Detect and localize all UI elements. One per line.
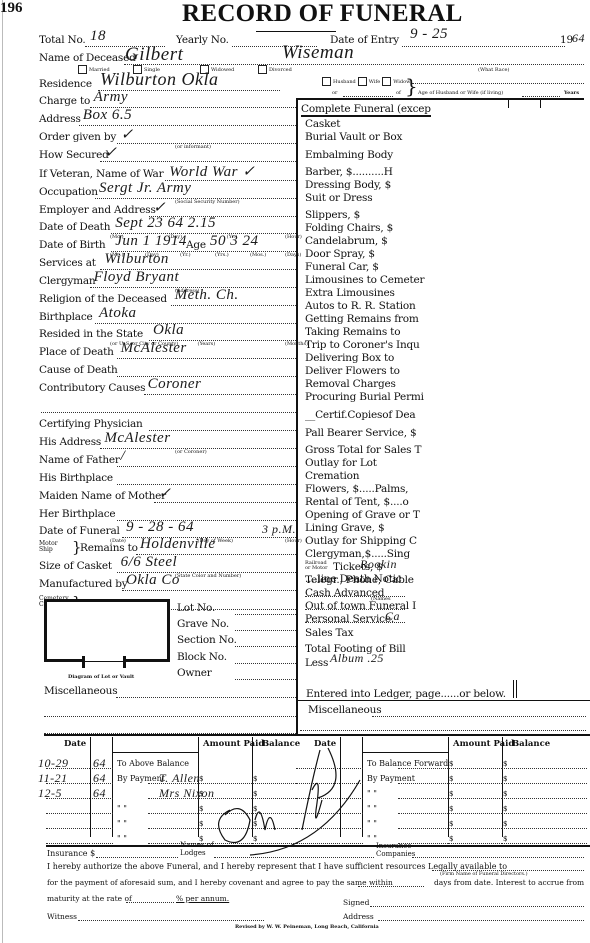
- charge-item: Dressing Body, $: [305, 179, 391, 191]
- lot-field-input[interactable]: [235, 679, 296, 680]
- field-value[interactable]: Meth. Ch.: [175, 287, 239, 304]
- balance-cell[interactable]: [502, 768, 587, 769]
- dotted-line: [92, 843, 113, 844]
- field-label: How Secured: [39, 149, 109, 161]
- residence-value[interactable]: Wilburton Okla: [100, 69, 219, 90]
- date-of-entry-value[interactable]: 9 - 25: [410, 26, 448, 43]
- balance-cell[interactable]: [502, 843, 587, 844]
- field-sublabel: (Yrs.): [215, 252, 229, 258]
- dotted-line: [370, 906, 584, 907]
- field-value[interactable]: 9 - 28 - 64: [126, 519, 194, 536]
- dotted-line: [372, 716, 586, 717]
- dollar-sign: $: [449, 775, 453, 783]
- dollar-sign: $: [503, 790, 507, 798]
- field-label: Date of Death: [39, 221, 110, 233]
- dotted-line: [305, 609, 405, 610]
- dotted-line: [412, 857, 584, 858]
- days-text: days from date. Interest to accrue from: [434, 878, 584, 887]
- dollar-sign: $: [449, 835, 453, 843]
- page-number: 196: [0, 0, 23, 17]
- insurance-label: Insurance $: [47, 849, 95, 858]
- handwritten-service[interactable]: Rookin: [360, 557, 397, 572]
- charge-item: Procuring Burial Permi: [305, 391, 424, 403]
- dotted-line: [117, 484, 296, 485]
- amount-paid-cell[interactable]: [448, 798, 502, 799]
- firm-note: (Firm Name of Funeral Directors.): [440, 871, 528, 877]
- field-value[interactable]: Jun 1 1914: [115, 233, 187, 250]
- residence-label: Residence: [39, 78, 92, 90]
- charge-item: Barber, $..........H: [305, 166, 393, 178]
- ledger-handwritten[interactable]: T. Allen: [159, 771, 200, 786]
- tickets-prefix: Railroador Motor: [305, 561, 328, 571]
- ledger-date[interactable]: 11-21: [38, 771, 68, 786]
- lot-field-label: Section No.: [177, 634, 237, 646]
- field-label: Size of Casket: [39, 560, 112, 572]
- ledger-top-rule: [44, 734, 590, 736]
- field-label: Services at: [39, 257, 96, 269]
- field-value[interactable]: Atoka: [99, 305, 137, 322]
- field-value[interactable]: McAlester: [121, 340, 187, 357]
- field-value[interactable]: Sept 23 64 2.15: [115, 215, 216, 232]
- dotted-line: [148, 813, 198, 814]
- lot-field-input[interactable]: [235, 614, 296, 615]
- ledger-desc: To Above Balance: [117, 759, 189, 768]
- dotted-line: [126, 902, 174, 903]
- field-value[interactable]: /: [121, 448, 126, 465]
- rule-line: [82, 656, 85, 668]
- dotted-line: [398, 798, 448, 799]
- field-label: His Birthplace: [39, 472, 113, 484]
- dotted-line: [117, 466, 296, 467]
- dotted-line: [148, 828, 198, 829]
- charge-item: Flowers, $.....Palms,: [305, 483, 408, 495]
- charge-item: Embalming Body: [305, 149, 393, 161]
- field-value[interactable]: ✓: [121, 125, 134, 144]
- charge-item: Folding Chairs, $: [305, 222, 393, 234]
- field-label: If Veteran, Name of War: [39, 168, 163, 180]
- yearly-no-label: Yearly No.: [176, 34, 229, 46]
- field-label: His Address: [39, 436, 101, 448]
- field-value[interactable]: Holdenville: [140, 536, 215, 553]
- dotted-line: [378, 920, 584, 921]
- field-value[interactable]: Floyd Bryant: [94, 269, 180, 286]
- dollar-sign: $: [449, 760, 453, 768]
- field-sublabel: (Hour): [285, 538, 302, 544]
- dotted-line: [92, 828, 113, 829]
- field-value[interactable]: Sergt Jr. Army: [99, 180, 191, 197]
- dotted-line: [398, 828, 448, 829]
- deceased-first-name[interactable]: Gilbert: [125, 44, 183, 66]
- rule-line: [112, 752, 199, 753]
- lot-field-input[interactable]: [235, 646, 296, 647]
- field-note: (State Color and Number): [175, 573, 241, 579]
- charge-item: Burial Vault or Box: [305, 131, 402, 143]
- payment-text: for the payment of aforesaid sum, and I …: [47, 878, 393, 887]
- field-label: Cause of Death: [39, 364, 118, 376]
- ledger-desc: By Payment: [117, 774, 165, 783]
- charge-item: Limousines to Cemeter: [305, 274, 424, 286]
- or-label: or: [332, 90, 337, 96]
- balance-cell[interactable]: [502, 813, 587, 814]
- ledger-desc: " ": [117, 819, 127, 828]
- dollar-sign: $: [503, 805, 507, 813]
- field-note: (or Coroner): [175, 449, 207, 455]
- ledger-date[interactable]: 12-5: [38, 786, 62, 801]
- field-sublabel: (Days): [285, 252, 301, 258]
- paid-signature: [200, 740, 400, 860]
- rule-line: [508, 98, 509, 108]
- dotted-line: [402, 46, 565, 47]
- charge-item: Delivering Box to: [305, 352, 394, 364]
- field-value[interactable]: ✓: [158, 484, 171, 503]
- charge-item: Cremation: [305, 470, 359, 482]
- dotted-line: [46, 813, 90, 814]
- charge-item: Slippers, $: [305, 209, 360, 221]
- field-label: Date of Funeral: [39, 525, 120, 537]
- amount-paid-cell[interactable]: [448, 813, 502, 814]
- dotted-line: [79, 125, 296, 126]
- rule-line: [540, 98, 541, 108]
- insurance-companies-label: InsuranceCompanies: [376, 842, 415, 858]
- ledger-date[interactable]: 10-29: [38, 756, 69, 771]
- amount-paid-cell[interactable]: [448, 828, 502, 829]
- age-label: Age: [186, 239, 206, 251]
- charge-item: Autos to R. R. Station: [305, 300, 416, 312]
- ledger-year[interactable]: 64: [93, 786, 106, 801]
- field-label: Religion of the Deceased: [39, 293, 167, 305]
- of-label: of: [396, 90, 401, 96]
- field-label: Remains to: [80, 542, 138, 554]
- lot-misc-label: Miscellaneous: [44, 685, 117, 697]
- field-label: Birthplace: [39, 311, 93, 323]
- charge-item: Getting Remains from: [305, 313, 419, 325]
- field-sublabel: (Yr.): [180, 252, 191, 258]
- dotted-line: [124, 64, 584, 65]
- dotted-line: [398, 768, 448, 769]
- dotted-line: [343, 96, 393, 97]
- ledger-col-date: Date: [64, 739, 86, 749]
- ledger-col-amount: Amount Paid: [453, 739, 514, 749]
- lot-field-label: Block No.: [177, 651, 227, 663]
- field-prefix: MotorShip: [39, 541, 58, 553]
- dotted-line: [117, 376, 296, 377]
- charge-item: __Certif.Copiesof Dea: [305, 409, 415, 421]
- lodges-label: Names ofLodges: [180, 841, 214, 857]
- maturity-text: maturity at the rate of: [47, 894, 132, 903]
- field-value[interactable]: Coroner: [148, 376, 202, 393]
- ledger-desc: " ": [117, 804, 127, 813]
- deceased-name-label: Name of Deceased: [39, 52, 136, 64]
- dotted-line: [144, 394, 296, 395]
- charge-item: Outlay for Lot: [305, 457, 377, 469]
- field-label: Date of Birth: [39, 239, 105, 251]
- field-label: Name of Father: [39, 454, 120, 466]
- dollar-sign: $: [503, 820, 507, 828]
- charge-item: Opening of Grave or T: [305, 509, 420, 521]
- balance-cell[interactable]: [502, 828, 587, 829]
- field-sublabel: (Mos.): [250, 252, 266, 258]
- dotted-line: [46, 843, 90, 844]
- witness-label: Witness: [47, 912, 77, 921]
- charge-item: Candelabrum, $: [305, 235, 388, 247]
- ledger-entry-label: Entered into Ledger, page......or below.: [306, 688, 506, 700]
- field-note: (Social Security Number): [175, 199, 240, 205]
- total-no-value[interactable]: 18: [90, 28, 106, 45]
- field-label: Charge to: [39, 95, 90, 107]
- dotted-line: [44, 716, 298, 717]
- dollar-sign: $: [503, 835, 507, 843]
- rule-line: [90, 737, 91, 837]
- dotted-line: [78, 920, 264, 921]
- field-value[interactable]: Army: [94, 89, 129, 106]
- field-label: Manufactured by: [39, 578, 128, 590]
- lot-field-input[interactable]: [235, 663, 296, 664]
- field-label: Clergyman: [39, 275, 95, 287]
- dotted-line: [41, 412, 296, 413]
- marital-divorced[interactable]: Divorced: [258, 65, 292, 74]
- total-no-label: Total No.: [39, 34, 86, 46]
- years-label: Years: [564, 90, 579, 96]
- gap: [85, 655, 123, 661]
- balance-cell[interactable]: [502, 798, 587, 799]
- field-value[interactable]: Okla Co: [126, 572, 180, 589]
- lot-field-label: Grave No.: [177, 618, 229, 630]
- lot-diagram-box[interactable]: [44, 599, 170, 662]
- dollar-sign: $: [503, 760, 507, 768]
- field-value[interactable]: ✓: [104, 143, 117, 162]
- rule-line: [513, 680, 514, 698]
- ledger-year[interactable]: 64: [93, 756, 106, 771]
- field-label: Her Birthplace: [39, 508, 115, 520]
- age-value[interactable]: 50 3 24: [210, 233, 259, 250]
- field-label: Place of Death: [39, 346, 114, 358]
- death-notice-label: ....line Death Notic: [305, 573, 402, 585]
- charge-item: Removal Charges: [305, 378, 396, 390]
- field-label: Address: [39, 113, 81, 125]
- charge-item: Extra Limousines: [305, 287, 395, 299]
- dotted-line: [398, 813, 448, 814]
- charge-item: Rental of Tent, $....o: [305, 496, 409, 508]
- field-label: Resided in the State: [39, 328, 143, 340]
- dotted-line: [122, 590, 296, 591]
- charge-item: Lining Grave, $: [305, 522, 384, 534]
- charge-item: Gross Total for Sales T: [305, 444, 421, 456]
- lot-field-input[interactable]: [235, 630, 296, 631]
- charge-item: Outlay for Shipping C: [305, 535, 417, 547]
- signed-label: Signed: [343, 898, 369, 907]
- field-label: Contributory Causes: [39, 382, 145, 394]
- field-label: Maiden Name of Mother: [39, 490, 166, 502]
- dotted-line: [149, 430, 296, 431]
- charges-misc-label: Miscellaneous: [308, 704, 381, 716]
- charge-item: Casket: [305, 118, 340, 130]
- charge-item: Door Spray, $: [305, 248, 375, 260]
- deceased-last-name[interactable]: Wiseman: [282, 42, 354, 64]
- charge-item: Deliver Flowers to: [305, 365, 400, 377]
- lot-diagram-label: Diagram of Lot or Vault: [68, 674, 134, 680]
- field-label: Order given by: [39, 131, 116, 143]
- charge-item: Funeral Car, $: [305, 261, 379, 273]
- dotted-line: [300, 730, 586, 731]
- ledger-col-balance: Balance: [512, 739, 550, 749]
- brace: }: [405, 76, 418, 96]
- year-value[interactable]: 64: [572, 31, 585, 46]
- ledger-year[interactable]: 64: [93, 771, 106, 786]
- less-label: Less: [305, 657, 328, 669]
- page-edge: [2, 0, 3, 943]
- dollar-sign: $: [449, 805, 453, 813]
- title-underline: [256, 31, 336, 32]
- dotted-line: [305, 622, 405, 623]
- charge-item: Suit or Dress: [305, 192, 372, 204]
- dotted-line: [171, 305, 296, 306]
- dollar-sign: $: [503, 775, 507, 783]
- dotted-line: [522, 96, 560, 97]
- field-value[interactable]: McAlester: [104, 430, 170, 447]
- dollar-sign: $: [449, 790, 453, 798]
- field-value[interactable]: Okla: [153, 322, 184, 339]
- dotted-line: [214, 857, 374, 858]
- rule-line: [123, 656, 126, 668]
- charges-heading: Complete Funeral (excep: [301, 103, 431, 115]
- rule-line: [296, 700, 590, 701]
- charge-item: Trip to Coroner's Inqu: [305, 339, 420, 351]
- field-sublabel: (Years): [198, 341, 216, 347]
- amount-paid-cell[interactable]: [448, 783, 502, 784]
- dotted-line: [96, 857, 178, 858]
- dotted-line: [412, 83, 584, 84]
- address-label: Address: [343, 912, 374, 921]
- dollar-sign: $: [449, 820, 453, 828]
- field-value[interactable]: 6/6 Steel: [121, 554, 178, 571]
- lot-field-label: Lot No.: [177, 602, 215, 614]
- sales-tax-label: Sales Tax: [305, 627, 353, 639]
- field-note: (or informant): [175, 144, 211, 150]
- revised-text: Revised by W. W. Peineman, Long Beach, C…: [235, 924, 379, 930]
- dotted-line: [95, 323, 296, 324]
- spouse-options[interactable]: HusbandWifeWidow: [322, 77, 410, 86]
- less-value[interactable]: Album .25: [330, 651, 384, 666]
- rule-line: [516, 680, 517, 698]
- field-label: Certifying Physician: [39, 418, 143, 430]
- amount-paid-cell[interactable]: [448, 768, 502, 769]
- what-race-label: (What Race): [478, 67, 509, 73]
- field-value[interactable]: Wilburton: [104, 251, 169, 268]
- field-sublabel: (Hour): [285, 234, 302, 240]
- charge-item: Pall Bearer Service, $: [305, 427, 416, 439]
- lot-field-label: Owner: [177, 667, 212, 679]
- ledger-desc: " ": [117, 834, 127, 843]
- charge-item: Personal Service.: [305, 613, 394, 625]
- charges-left-rule: [296, 98, 298, 734]
- dotted-line: [46, 828, 90, 829]
- amount-paid-cell[interactable]: [448, 843, 502, 844]
- field-value[interactable]: World War ✓: [169, 162, 255, 181]
- hour-value[interactable]: 3 p.M.: [262, 522, 296, 537]
- field-value[interactable]: Box 6.5: [83, 107, 132, 124]
- dotted-line: [117, 358, 296, 359]
- dotted-line: [92, 813, 113, 814]
- page-title: RECORD OF FUNERAL: [182, 0, 463, 28]
- balance-cell[interactable]: [502, 783, 587, 784]
- age-spouse-label: Age of Husband or Wife (if living): [418, 90, 503, 96]
- charge-item: Taking Remains to: [305, 326, 400, 338]
- dotted-line: [154, 502, 296, 503]
- names-note: (Names: [371, 596, 391, 602]
- field-label: Occupation: [39, 186, 98, 198]
- dotted-line: [398, 783, 448, 784]
- dotted-line: [116, 697, 298, 698]
- dotted-line: [358, 886, 424, 887]
- percent-text: % per annum.: [176, 894, 229, 903]
